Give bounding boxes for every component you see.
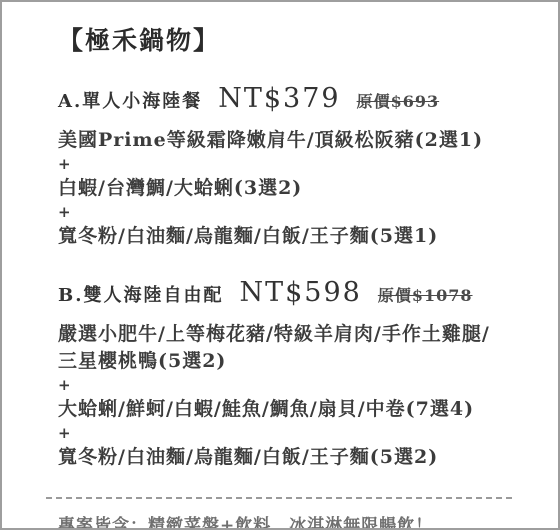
item-b-heading: B.雙人海陸自由配 NT$598 原價$1078 [58,278,520,311]
item-a-original-price: 原價$693 [357,87,440,117]
menu-item-b: B.雙人海陸自由配 NT$598 原價$1078 嚴選小肥牛/上等梅花豬/特級羊… [58,278,520,471]
item-a-price: NT$379 [218,84,340,114]
plus-separator: + [58,375,520,396]
item-b-option-meat-line2: 三星櫻桃鴨(5選2) [58,348,520,375]
item-a-option-staple: 寬冬粉/白油麵/烏龍麵/白飯/王子麵(5選1) [58,223,520,250]
item-b-option-seafood: 大蛤蜊/鮮蚵/白蝦/鮭魚/鯛魚/扇貝/中卷(7選4) [58,396,520,423]
footer-note: 專案皆含：精緻菜盤+飲料、冰淇淋無限暢飲！ [58,514,520,530]
item-a-option-seafood: 白蝦/台灣鯛/大蛤蜊(3選2) [58,175,520,202]
item-a-option-meat: 美國Prime等級霜降嫩肩牛/頂級松阪豬(2選1) [58,127,520,154]
item-a-name: A.單人小海陸餐 [58,87,202,117]
item-b-name: B.雙人海陸自由配 [58,281,223,311]
item-b-option-meat-line1: 嚴選小肥牛/上等梅花豬/特級羊肩肉/手作土雞腿/ [58,321,520,348]
item-a-options: 美國Prime等級霜降嫩肩牛/頂級松阪豬(2選1) + 白蝦/台灣鯛/大蛤蜊(3… [58,127,520,250]
item-b-option-staple: 寬冬粉/白油麵/烏龍麵/白飯/王子麵(5選2) [58,444,520,471]
item-b-price: NT$598 [239,278,361,308]
item-b-original-price: 原價$1078 [378,281,473,311]
menu-title: 【極禾鍋物】 [58,26,520,56]
menu-item-a: A.單人小海陸餐 NT$379 原價$693 美國Prime等級霜降嫩肩牛/頂級… [58,84,520,250]
menu-sheet: 【極禾鍋物】 A.單人小海陸餐 NT$379 原價$693 美國Prime等級霜… [0,0,560,530]
item-b-options: 嚴選小肥牛/上等梅花豬/特級羊肩肉/手作土雞腿/ 三星櫻桃鴨(5選2) + 大蛤… [58,321,520,471]
plus-separator: + [58,423,520,444]
plus-separator: + [58,154,520,175]
item-a-heading: A.單人小海陸餐 NT$379 原價$693 [58,84,520,117]
dashed-divider [46,497,512,499]
plus-separator: + [58,202,520,223]
